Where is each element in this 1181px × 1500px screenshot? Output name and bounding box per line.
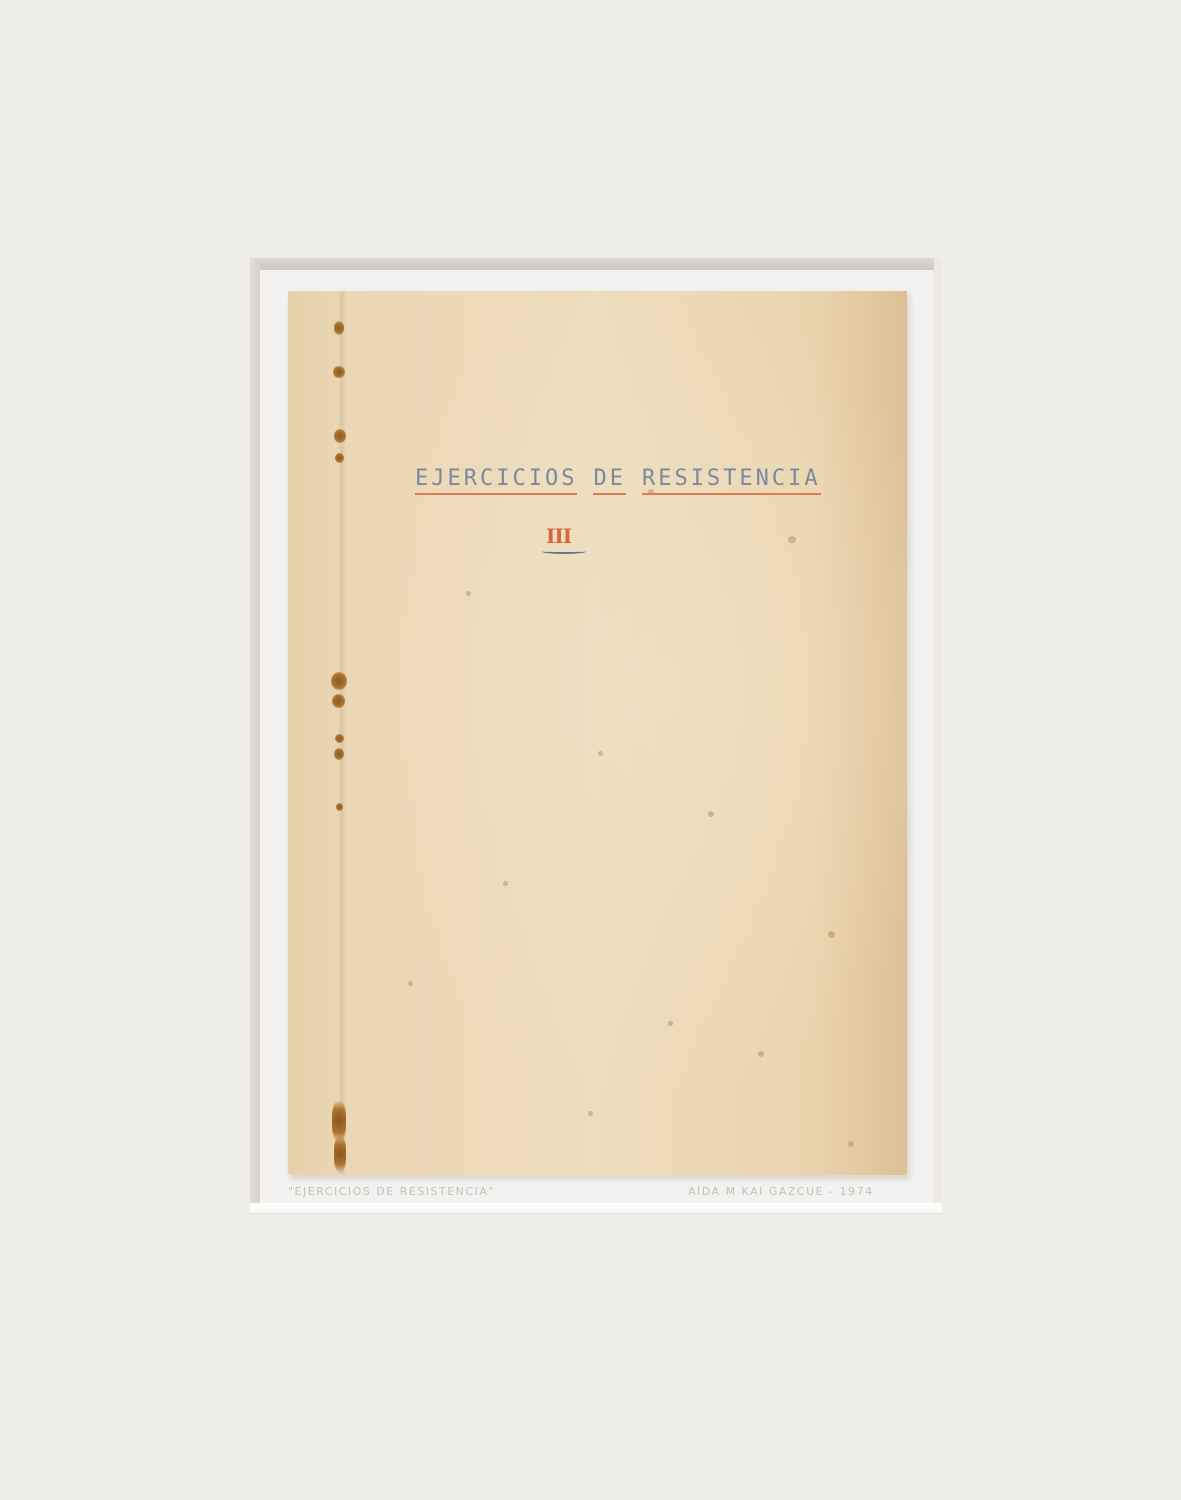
wavy-underline [542,549,586,554]
title-word: EJERCICIOS [415,466,577,495]
bevel-bottom-edge [250,1203,942,1213]
foxing-spot [503,881,508,886]
foxing-spot [848,1141,854,1147]
foxing-spot [466,591,471,596]
rust-stain [336,803,343,811]
title-word: RESISTENCIA [642,466,821,495]
rust-stain [334,1136,346,1172]
rust-stain [333,366,345,378]
rust-stain [332,1101,346,1141]
foxing-spot [708,811,714,817]
binding-stain-line [338,291,346,1175]
rust-stain [331,672,347,690]
title-word: DE [593,466,626,495]
foxing-spot [828,931,835,938]
handwritten-title: EJERCICIOSDERESISTENCIA [415,466,815,495]
bevel-top-edge [250,258,942,270]
foxing-spot [598,751,603,756]
rust-stain [334,429,346,443]
foxing-spot [588,1111,593,1116]
rust-stain [332,694,345,708]
pencil-inscription-signature: AÍDA M KAI GAZCUE - 1974 [688,1185,874,1198]
rust-stain [335,734,344,743]
aged-paper-sheet: EJERCICIOSDERESISTENCIA III [288,291,907,1175]
rust-stain [334,321,344,335]
bevel-right-edge [934,258,942,1213]
rust-stain [334,748,344,760]
foxing-spot [788,536,796,543]
foxing-spot [668,1021,673,1026]
foxing-spot [408,981,413,986]
bevel-left-edge [250,258,260,1213]
rust-stain [335,453,344,463]
roman-numeral: III [546,524,571,548]
foxing-spot [758,1051,764,1057]
pencil-inscription-title: "EJERCICIOS DE RESISTENCIA" [288,1185,495,1198]
